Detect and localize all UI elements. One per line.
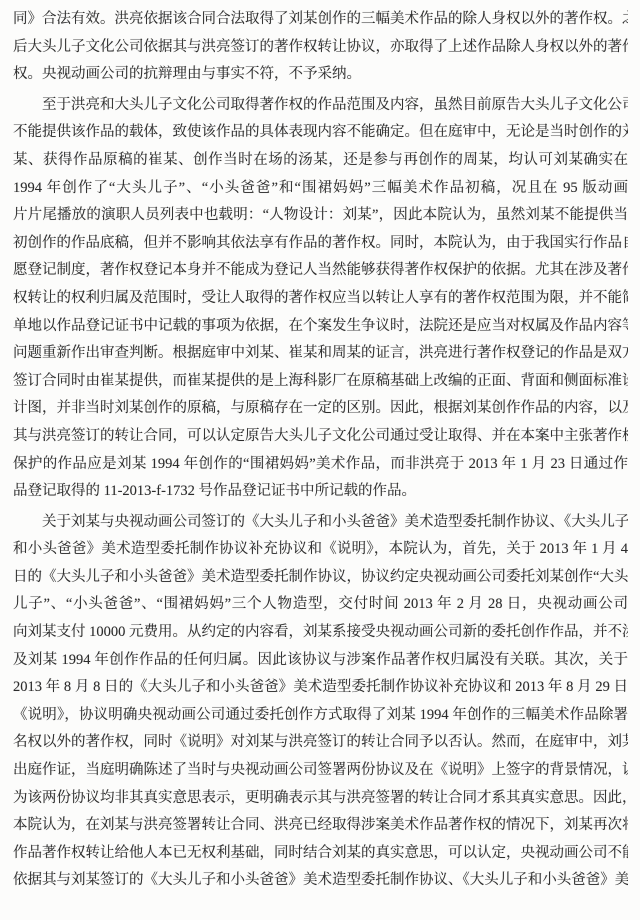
text-line: 权。央视动画公司的抗辩理由与事实不符，不予采纳。 — [13, 61, 628, 89]
text-line: 不能提供该作品的载体，致使该作品的具体表现内容不能确定。但在庭审中，无论是当时创… — [13, 119, 628, 147]
paragraph: 关于刘某与央视动画公司签订的《大头儿子和小头爸爸》美术造型委托制作协议、《大头儿… — [13, 509, 628, 895]
document-body: 同》合法有效。洪亮依据该合同合法取得了刘某创作的三幅美术作品的除人身权以外的著作… — [13, 6, 628, 895]
text-line: 初创作的作品底稿，但并不影响其依法享有作品的著作权。同时，本院认为，由于我国实行… — [13, 230, 628, 258]
text-line: 签订合同时由崔某提供，而崔某提供的是上海科影厂在原稿基础上改编的正面、背面和侧面… — [13, 368, 628, 396]
text-line: 问题重新作出审查判断。根据庭审中刘某、崔某和周某的证言，洪亮进行著作权登记的作品… — [13, 340, 628, 368]
text-line: 片片尾播放的演职人员列表中也载明：“人物设计：刘某”，因此本院认为，虽然刘某不能… — [13, 202, 628, 230]
text-line: 后大头儿子文化公司依据其与洪亮签订的著作权转让协议，亦取得了上述作品除人身权以外… — [13, 34, 628, 62]
text-line: 及刘某 1994 年创作作品的任何归属。因此该协议与涉案作品著作权归属没有关联。… — [13, 647, 628, 675]
text-line: 和小头爸爸》美术造型委托制作协议补充协议和《说明》，本院认为，首先，关于 201… — [13, 536, 628, 564]
paragraph: 同》合法有效。洪亮依据该合同合法取得了刘某创作的三幅美术作品的除人身权以外的著作… — [13, 6, 628, 89]
text-line: 本院认为，在刘某与洪亮签署转让合同、洪亮已经取得涉案美术作品著作权的情况下，刘某… — [13, 812, 628, 840]
text-line: 日的《大头儿子和小头爸爸》美术造型委托制作协议，协议约定央视动画公司委托刘某创作… — [13, 564, 628, 592]
text-line: 儿子”、“小头爸爸”、“围裙妈妈”三个人物造型，交付时间 2013 年 2 月 … — [13, 591, 628, 619]
text-line: 为该两份协议均非其真实意思表示，更明确表示其与洪亮签署的转让合同才系其真实意思。… — [13, 785, 628, 813]
text-line: 单地以作品登记证书中记载的事项为依据，在个案发生争议时，法院还是应当对权属及作品… — [13, 313, 628, 341]
text-line: 保护的作品应是刘某 1994 年创作的“围裙妈妈”美术作品，而非洪亮于 2013… — [13, 451, 628, 479]
text-line: 向刘某支付 10000 元费用。从约定的内容看，刘某系接受央视动画公司新的委托创… — [13, 619, 628, 647]
text-line: 同》合法有效。洪亮依据该合同合法取得了刘某创作的三幅美术作品的除人身权以外的著作… — [13, 6, 628, 34]
text-line: 《说明》，协议明确央视动画公司通过委托创作方式取得了刘某 1994 年创作的三幅… — [13, 702, 628, 730]
text-line: 计图，并非当时刘某创作的原稿，与原稿存在一定的区别。因此，根据刘某创作作品的内容… — [13, 395, 628, 423]
text-line: 1994 年创作了“大头儿子”、“小头爸爸”和“围裙妈妈”三幅美术作品初稿，况且… — [13, 175, 628, 203]
text-line: 权转让的权利归属及范围时，受让人取得的著作权应当以转让人享有的著作权范围为限，并… — [13, 285, 628, 313]
text-line: 作品著作权转让给他人本已无权利基础，同时结合刘某的真实意思，可以认定，央视动画公… — [13, 840, 628, 868]
text-line: 名权以外的著作权，同时《说明》对刘某与洪亮签订的转让合同予以否认。然而，在庭审中… — [13, 729, 628, 757]
text-line: 出庭作证，当庭明确陈述了当时与央视动画公司签署两份协议及在《说明》上签字的背景情… — [13, 757, 628, 785]
text-line: 2013 年 8 月 8 日的《大头儿子和小头爸爸》美术造型委托制作协议补充协议… — [13, 674, 628, 702]
text-line: 某、获得作品原稿的崔某、创作当时在场的汤某，还是参与再创作的周某，均认可刘某确实… — [13, 147, 628, 175]
document-page: 同》合法有效。洪亮依据该合同合法取得了刘某创作的三幅美术作品的除人身权以外的著作… — [0, 0, 640, 920]
text-line: 至于洪亮和大头儿子文化公司取得著作权的作品范围及内容，虽然目前原告大头儿子文化公… — [13, 92, 628, 120]
text-line: 愿登记制度，著作权登记本身并不能成为登记人当然能够获得著作权保护的依据。尤其在涉… — [13, 257, 628, 285]
text-line: 关于刘某与央视动画公司签订的《大头儿子和小头爸爸》美术造型委托制作协议、《大头儿… — [13, 509, 628, 537]
paragraph: 至于洪亮和大头儿子文化公司取得著作权的作品范围及内容，虽然目前原告大头儿子文化公… — [13, 92, 628, 506]
text-line: 品登记取得的 11-2013-f-1732 号作品登记证书中所记载的作品。 — [13, 478, 628, 506]
text-line: 其与洪亮签订的转让合同，可以认定原告大头儿子文化公司通过受让取得、并在本案中主张… — [13, 423, 628, 451]
text-line: 依据其与刘某签订的《大头儿子和小头爸爸》美术造型委托制作协议、《大头儿子和小头爸… — [13, 867, 628, 895]
